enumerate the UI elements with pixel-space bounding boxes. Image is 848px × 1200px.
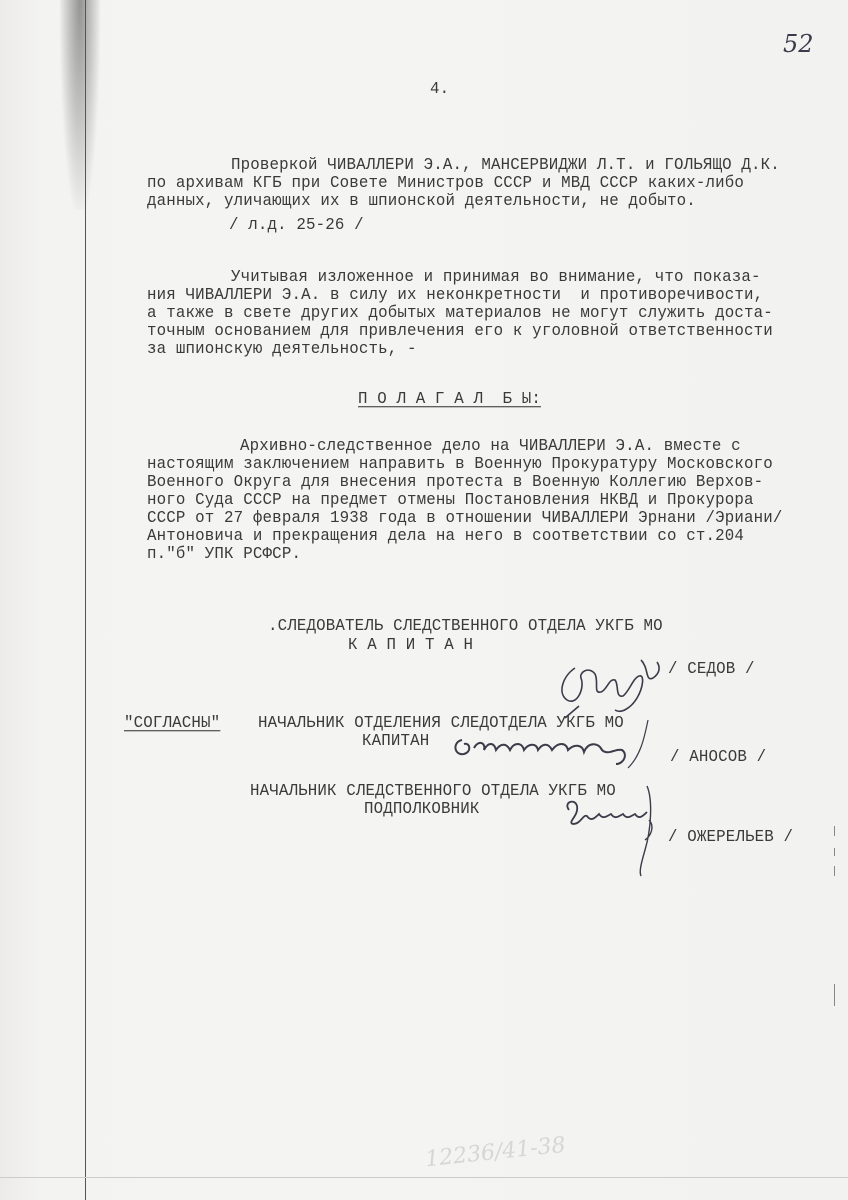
paragraph-2-line-1: Учитывая изложенное и принимая во вниман…: [231, 268, 761, 286]
investigation-head-signature: [555, 780, 665, 880]
paragraph-1-line-3: данных, уличающих их в шпионской деятель…: [147, 192, 696, 210]
paragraph-3-line-6: Антоновича и прекращения дела на него в …: [147, 527, 744, 545]
binding-shadow: [60, 0, 100, 210]
investigator-name: / СЕДОВ /: [668, 660, 755, 678]
page-number: 4.: [430, 80, 449, 98]
department-head-rank: КАПИТАН: [362, 732, 429, 750]
paragraph-2-line-5: за шпионскую деятельность, -: [147, 340, 417, 358]
investigation-head-rank: ПОДПОЛКОВНИК: [364, 800, 480, 818]
paragraph-3-line-7: п."б" УПК РСФСР.: [147, 545, 301, 563]
investigator-title: .СЛЕДОВАТЕЛЬ СЛЕДСТВЕННОГО ОТДЕЛА УКГБ М…: [268, 617, 663, 635]
paragraph-2-line-3: а также в свете других добытых материало…: [147, 304, 773, 322]
paragraph-2-line-2: ния ЧИВАЛЛЕРИ Э.А. в силу их неконкретно…: [147, 286, 763, 304]
department-head-signature: [448, 720, 668, 770]
document-page: 52 4. Проверкой ЧИВАЛЛЕРИ Э.А., МАНСЕРВИ…: [0, 0, 848, 1200]
margin-mark: [834, 984, 835, 1006]
investigator-signature: [545, 648, 675, 718]
investigation-head-name: / ОЖЕРЕЛЬЕВ /: [668, 828, 793, 846]
investigator-rank: К А П И Т А Н: [348, 636, 473, 654]
paragraph-3-line-3: Военного Округа для внесения протеста в …: [147, 473, 763, 491]
margin-mark: [834, 866, 835, 876]
page-fold-line: [85, 0, 86, 1200]
paragraph-1-line-1: Проверкой ЧИВАЛЛЕРИ Э.А., МАНСЕРВИДЖИ Л.…: [231, 156, 780, 174]
case-file-reference: / л.д. 25-26 /: [229, 216, 364, 234]
sheet-number: 52: [783, 30, 814, 58]
approval-label: "СОГЛАСНЫ": [124, 714, 220, 732]
paragraph-1-line-2: по архивам КГБ при Совете Министров СССР…: [147, 174, 744, 192]
paragraph-3-line-1: Архивно-следственное дело на ЧИВАЛЛЕРИ Э…: [240, 437, 741, 455]
paragraph-2-line-4: точным основанием для привлечения его к …: [147, 322, 773, 340]
margin-mark: [834, 826, 835, 836]
paragraph-3-line-5: СССР от 27 февраля 1938 года в отношении…: [147, 509, 783, 527]
bottom-edge-line: [0, 1177, 848, 1178]
paragraph-3-line-4: ного Суда СССР на предмет отмены Постано…: [147, 491, 754, 509]
department-head-name: / АНОСОВ /: [670, 748, 766, 766]
paragraph-3-line-2: настоящим заключением направить в Военну…: [147, 455, 773, 473]
faded-archive-number: 12236/41-38: [424, 1133, 567, 1173]
margin-mark: [834, 848, 835, 856]
resolution-heading: П О Л А Г А Л Б Ы:: [358, 390, 541, 408]
